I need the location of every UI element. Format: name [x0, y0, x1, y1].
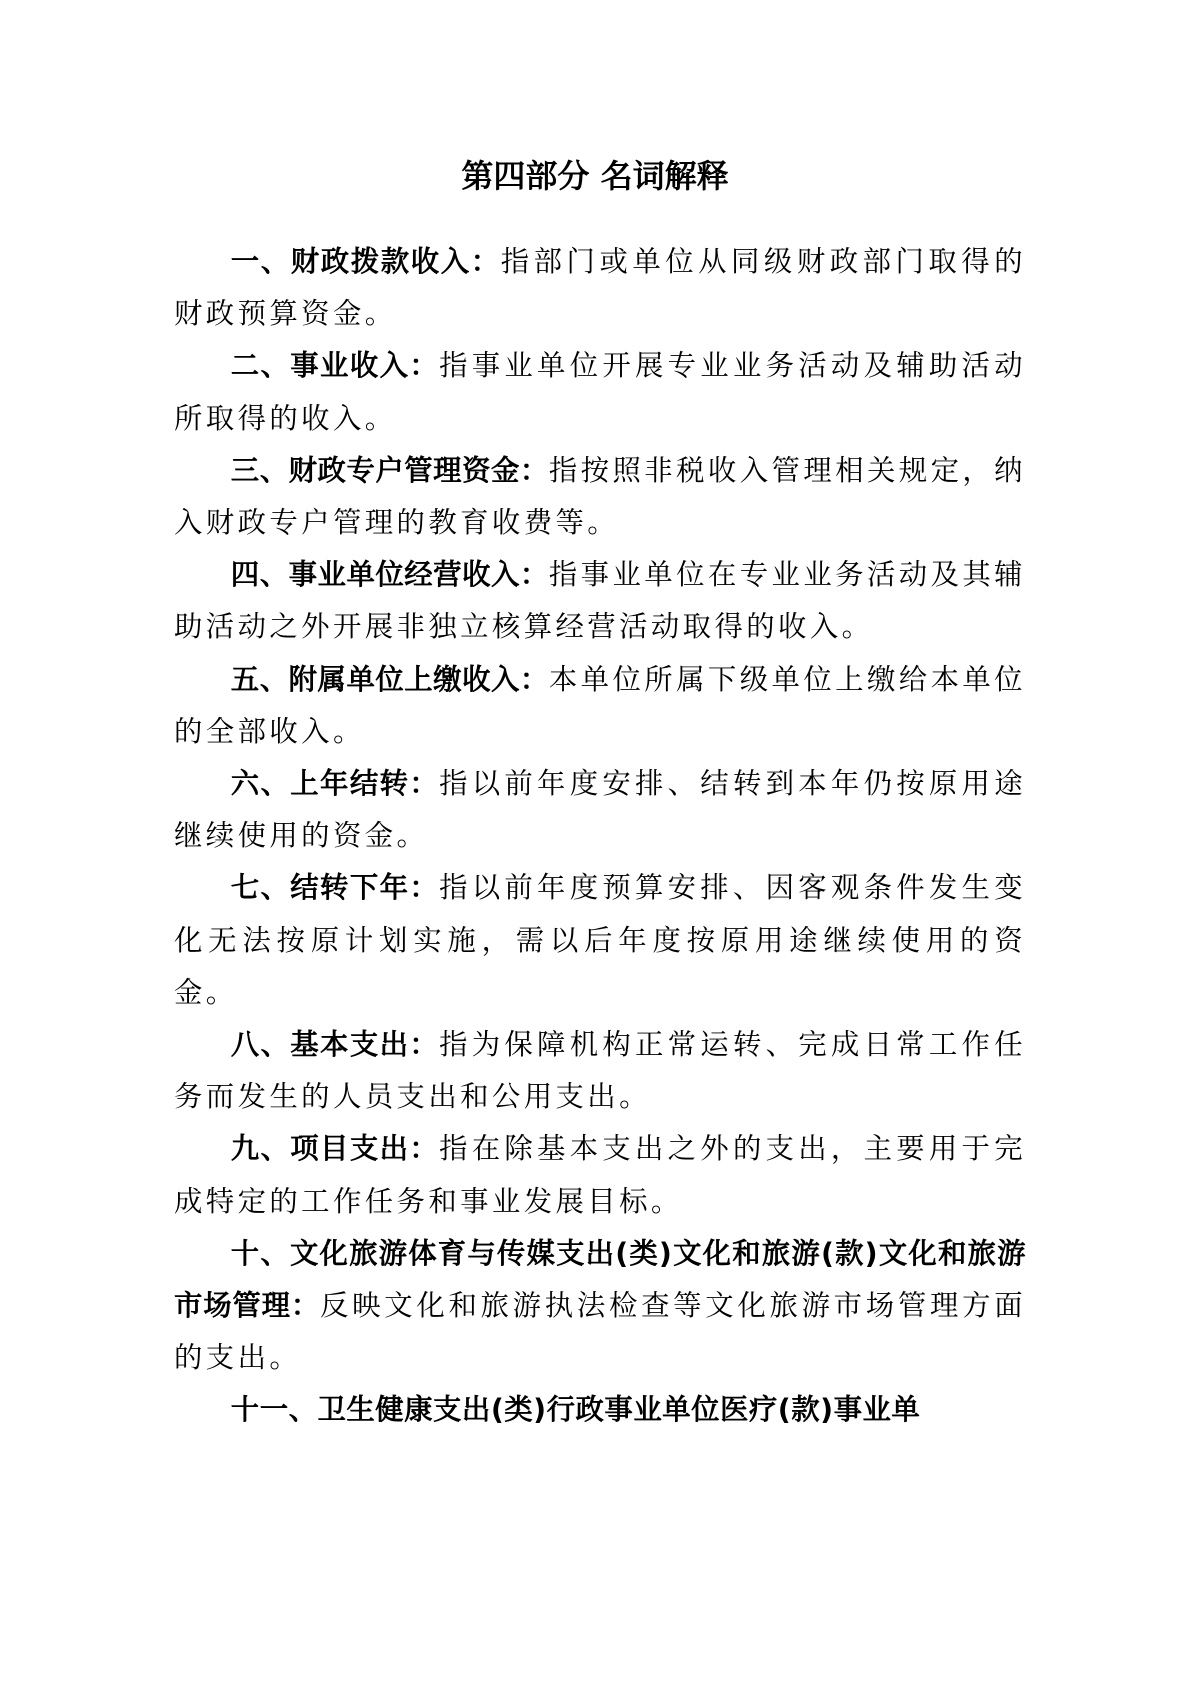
glossary-entry-7: 七、结转下年：指以前年度预算安排、因客观条件发生变化无法按原计划实施，需以后年度…: [174, 862, 1026, 1019]
glossary-entry-6: 六、上年结转：指以前年度安排、结转到本年仍按原用途继续使用的资金。: [174, 758, 1026, 862]
entry-term: 二、事业收入：: [231, 349, 439, 382]
glossary-entry-4: 四、事业单位经营收入：指事业单位在专业业务活动及其辅助活动之外开展非独立核算经营…: [174, 549, 1026, 653]
glossary-entry-2: 二、事业收入：指事业单位开展专业业务活动及辅助活动所取得的收入。: [174, 340, 1026, 444]
entry-term: 六、上年结转：: [231, 767, 439, 800]
glossary-entry-9: 九、项目支出：指在除基本支出之外的支出，主要用于完成特定的工作任务和事业发展目标…: [174, 1123, 1026, 1227]
entry-term: 十一、卫生健康支出(类)行政事业单位医疗(款)事业单: [231, 1393, 921, 1426]
entry-term: 七、结转下年：: [231, 871, 439, 904]
entry-term: 三、财政专户管理资金：: [231, 454, 549, 487]
page-title: 第四部分 名词解释: [0, 150, 1190, 202]
entry-term: 五、附属单位上缴收入：: [231, 663, 549, 696]
document-page: 第四部分 名词解释 一、财政拨款收入：指部门或单位从同级财政部门取得的财政预算资…: [0, 0, 1190, 1684]
glossary-entry-10: 十、文化旅游体育与传媒支出(类)文化和旅游(款)文化和旅游市场管理：反映文化和旅…: [174, 1228, 1026, 1385]
entry-term: 八、基本支出：: [231, 1028, 439, 1061]
glossary-entry-3: 三、财政专户管理资金：指按照非税收入管理相关规定，纳入财政专户管理的教育收费等。: [174, 445, 1026, 549]
glossary-entry-11: 十一、卫生健康支出(类)行政事业单位医疗(款)事业单: [174, 1384, 1026, 1436]
entry-term: 一、财政拨款收入：: [231, 245, 501, 278]
glossary-body: 一、财政拨款收入：指部门或单位从同级财政部门取得的财政预算资金。 二、事业收入：…: [174, 236, 1026, 1437]
glossary-entry-1: 一、财政拨款收入：指部门或单位从同级财政部门取得的财政预算资金。: [174, 236, 1026, 340]
entry-term: 四、事业单位经营收入：: [231, 558, 549, 591]
entry-term: 九、项目支出：: [231, 1132, 439, 1165]
glossary-entry-5: 五、附属单位上缴收入：本单位所属下级单位上缴给本单位的全部收入。: [174, 654, 1026, 758]
glossary-entry-8: 八、基本支出：指为保障机构正常运转、完成日常工作任务而发生的人员支出和公用支出。: [174, 1019, 1026, 1123]
